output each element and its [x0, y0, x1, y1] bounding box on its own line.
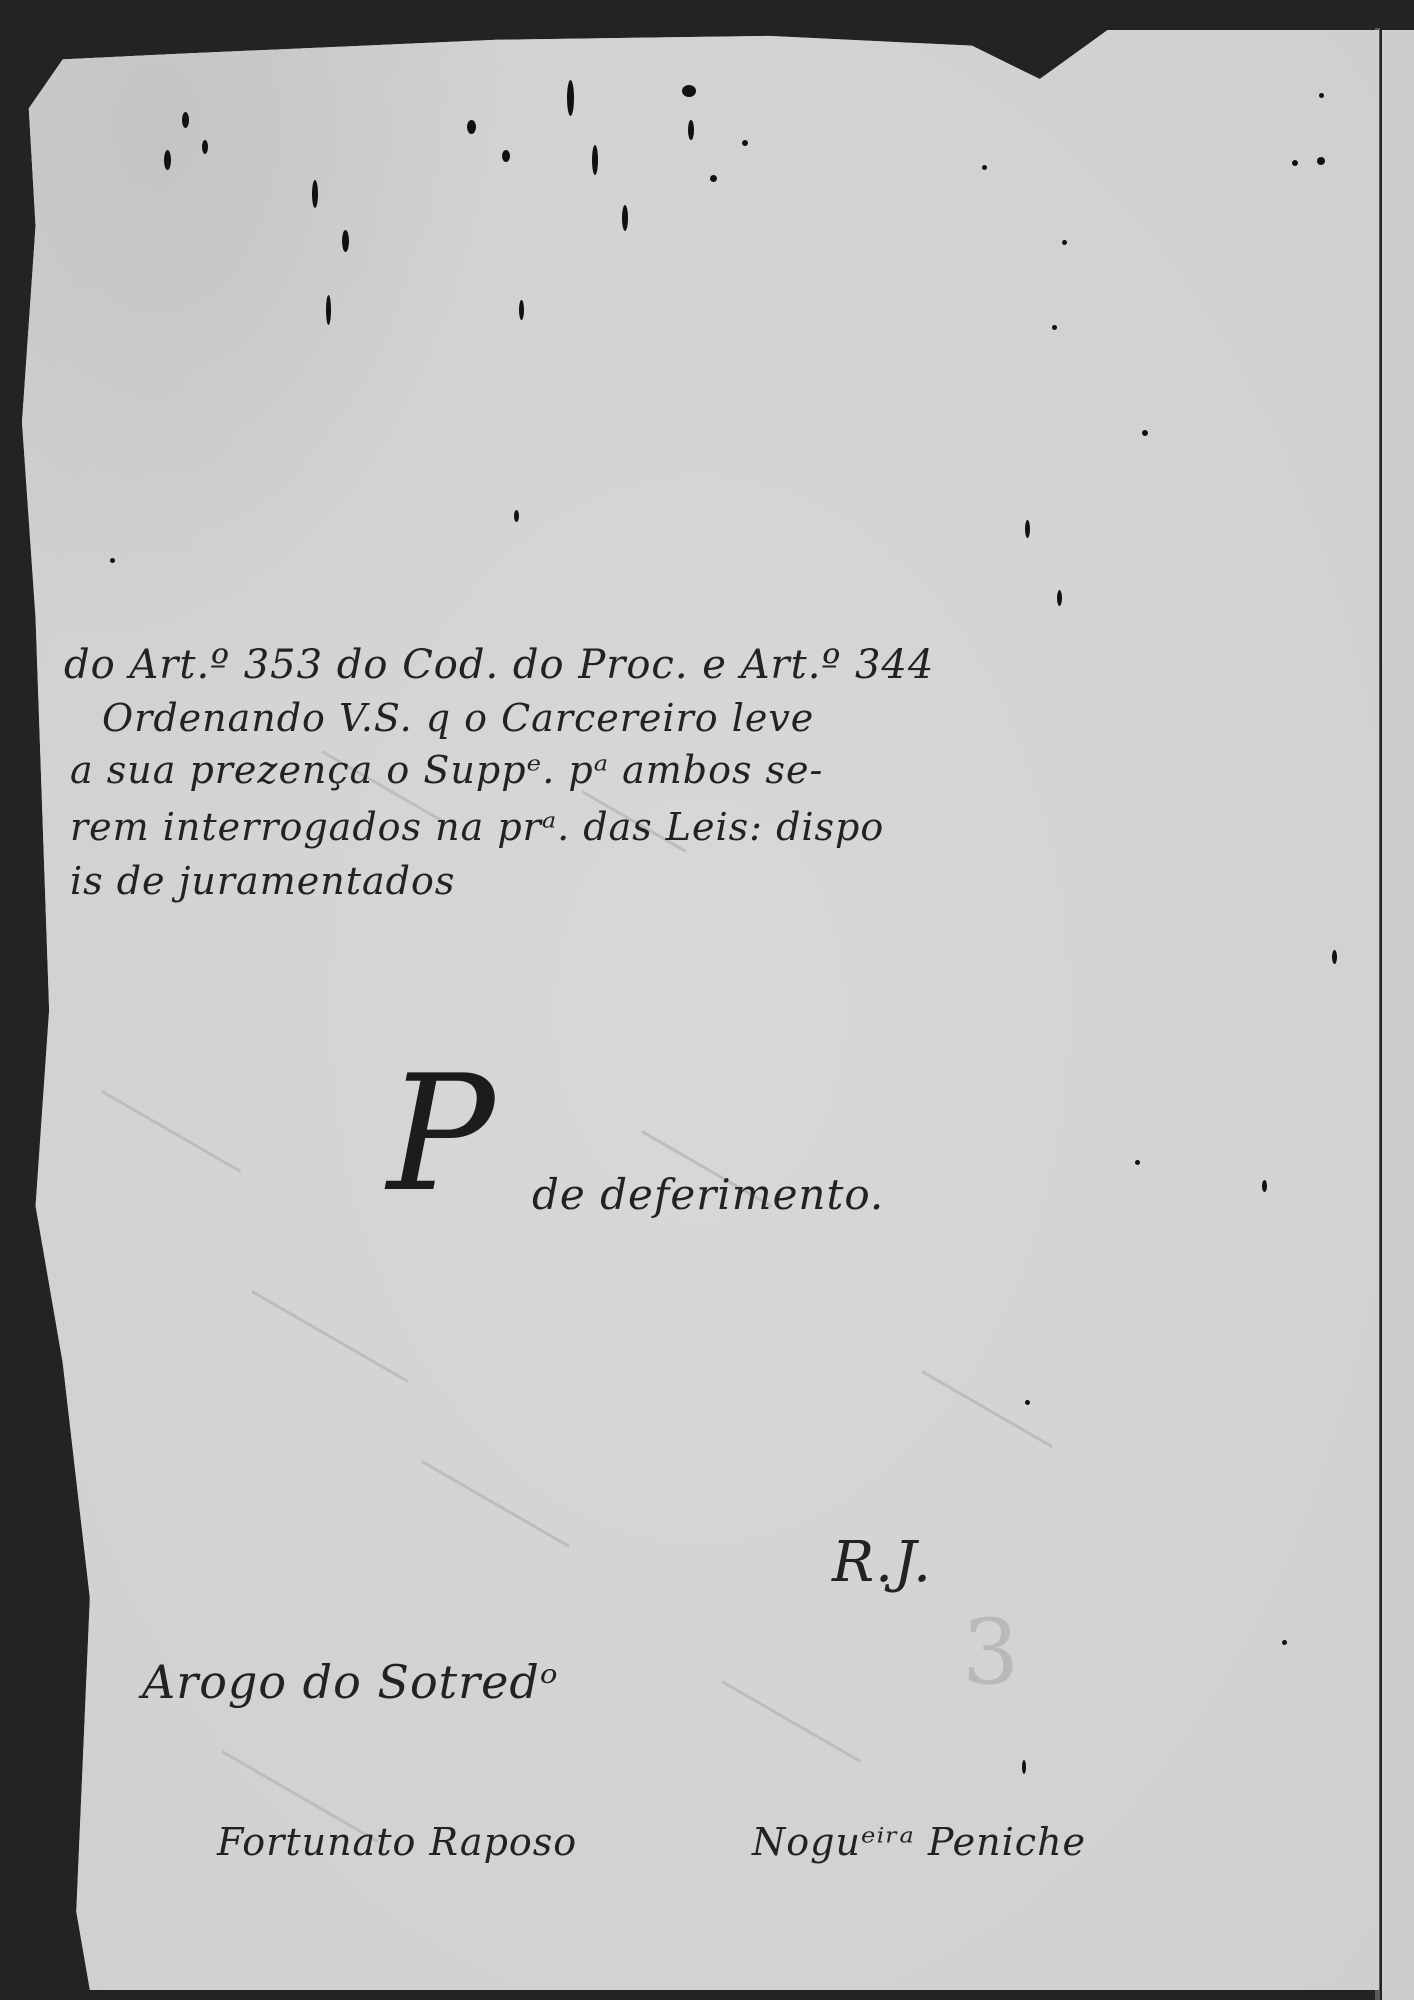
petition-closing: de deferimento. [532, 1170, 884, 1219]
signature-line-3: Noguᵉⁱʳᵃ Peniche [752, 1820, 1086, 1864]
ink-spot [1062, 240, 1067, 245]
ink-spot [1319, 93, 1324, 98]
ink-spot [1282, 1640, 1287, 1645]
ink-spot [202, 140, 208, 154]
ink-spot [1317, 157, 1325, 165]
ink-spot [326, 295, 331, 325]
ink-spot [110, 558, 115, 563]
body-line-4: rem interrogados na prᵃ. das Leis: dispo [70, 805, 884, 849]
ink-spot [1262, 1180, 1267, 1192]
ink-spot [982, 165, 987, 170]
document-page: 3 do Art.º 353 do Cod. do Proc. e Art.º … [22, 30, 1379, 1990]
ink-spot [1057, 590, 1062, 606]
ink-spot [312, 180, 318, 208]
ink-spot [342, 230, 349, 252]
ink-spot [502, 150, 510, 162]
rubric-initials: R.J. [832, 1530, 932, 1595]
ink-spot [1332, 950, 1337, 964]
ink-spot [1292, 160, 1298, 166]
body-line-1: do Art.º 353 do Cod. do Proc. e Art.º 34… [64, 642, 934, 688]
bleed-through-glyph: 3 [962, 1600, 1019, 1705]
ink-spot [182, 112, 189, 128]
body-line-3: a sua prezença o Suppᵉ. pᵃ ambos se- [70, 748, 823, 792]
ink-spot [592, 145, 598, 175]
ink-spot [1022, 1760, 1026, 1774]
ink-spot [514, 510, 519, 522]
ink-spot [467, 120, 476, 134]
petition-initial: P [387, 1040, 496, 1227]
ink-spot [1142, 430, 1148, 436]
ink-spot [1025, 520, 1030, 538]
ink-spot [1025, 1400, 1030, 1405]
body-line-5: is de juramentados [70, 859, 455, 903]
ink-spot [622, 205, 628, 231]
ink-spot [567, 80, 574, 116]
ink-spot [688, 120, 694, 140]
ink-spot [519, 300, 524, 320]
ink-spot [742, 140, 748, 146]
ink-spot [682, 85, 696, 97]
ink-spot [164, 150, 171, 170]
body-line-2: Ordenando V.S. q o Carcereiro leve [102, 696, 814, 740]
adjacent-page-edge [1382, 30, 1414, 2000]
signature-line-1: Arogo do Sotredᵒ [142, 1655, 559, 1709]
ink-spot [1135, 1160, 1140, 1165]
ink-spot [1052, 325, 1057, 330]
ink-spot [710, 175, 717, 182]
signature-line-2: Fortunato Raposo [217, 1820, 577, 1864]
